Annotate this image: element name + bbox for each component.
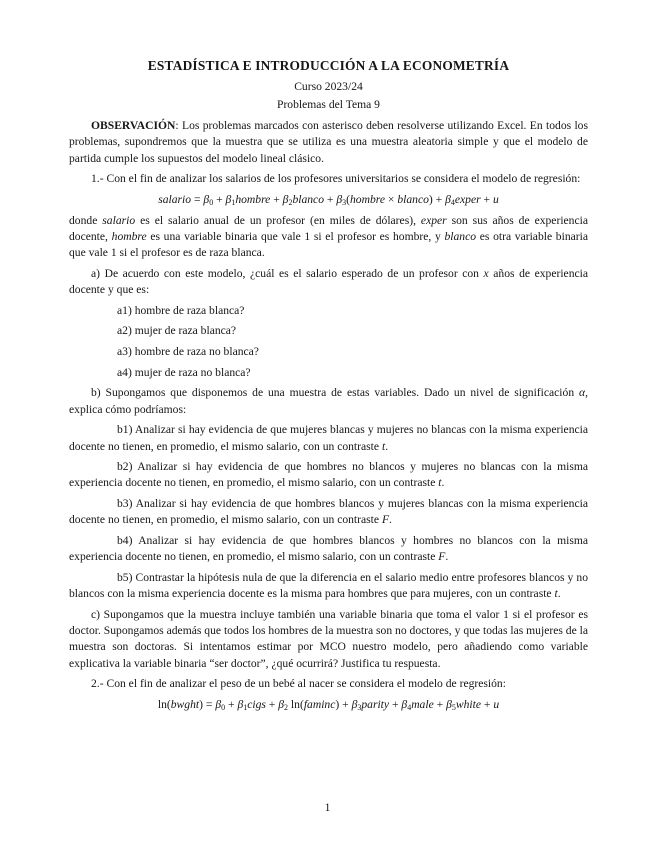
document-content: ESTADÍSTICA E INTRODUCCIÓN A LA ECONOMET…: [69, 58, 588, 718]
course-line: Curso 2023/24: [69, 79, 588, 95]
item-a4: a4) mujer de raza no blanca?: [69, 365, 588, 381]
problem-1-where: donde salario es el salario anual de un …: [69, 213, 588, 262]
observation-paragraph: OBSERVACIÓN: Los problemas marcados con …: [69, 118, 588, 167]
document-page: ESTADÍSTICA E INTRODUCCIÓN A LA ECONOMET…: [0, 0, 655, 848]
page-number: 1: [0, 801, 655, 814]
problem-1-intro: 1.- Con el fin de analizar los salarios …: [69, 171, 588, 187]
item-a1: a1) hombre de raza blanca?: [69, 303, 588, 319]
formula-bwght: ln(bwght) = β0 + β1cigs + β2 ln(faminc) …: [69, 697, 588, 713]
item-b4: b4) Analizar si hay evidencia de que hom…: [69, 533, 588, 565]
item-b5: b5) Contrastar la hipótesis nula de que …: [69, 570, 588, 602]
item-b3: b3) Analizar si hay evidencia de que hom…: [69, 496, 588, 528]
item-c: c) Supongamos que la muestra incluye tam…: [69, 607, 588, 672]
item-a: a) De acuerdo con este modelo, ¿cuál es …: [69, 266, 588, 298]
item-b: b) Supongamos que disponemos de una mues…: [69, 385, 588, 417]
item-a2: a2) mujer de raza blanca?: [69, 323, 588, 339]
problem-2-intro: 2.- Con el fin de analizar el peso de un…: [69, 676, 588, 692]
item-b2: b2) Analizar si hay evidencia de que hom…: [69, 459, 588, 491]
item-b1: b1) Analizar si hay evidencia de que muj…: [69, 422, 588, 454]
doc-title: ESTADÍSTICA E INTRODUCCIÓN A LA ECONOMET…: [69, 58, 588, 74]
item-a3: a3) hombre de raza no blanca?: [69, 344, 588, 360]
subtitle-line: Problemas del Tema 9: [69, 97, 588, 113]
formula-salario: salario = β0 + β1hombre + β2blanco + β3(…: [69, 192, 588, 208]
